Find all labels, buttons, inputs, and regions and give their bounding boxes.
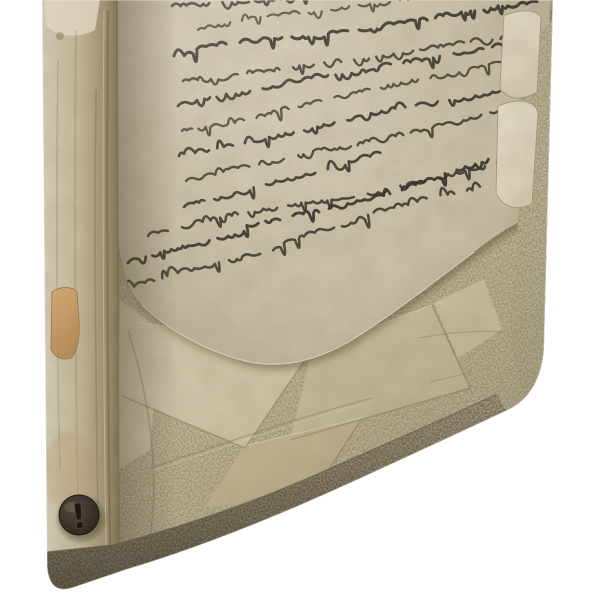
- hinge-shadow: [117, 0, 178, 565]
- book: !: [42, 0, 572, 589]
- journal-photo: !: [0, 0, 600, 600]
- product-photo: !: [0, 0, 600, 600]
- spine-top-light-patch: [45, 0, 100, 36]
- spine-orange-paper-patch: [51, 288, 79, 359]
- spine-speck: [56, 32, 64, 40]
